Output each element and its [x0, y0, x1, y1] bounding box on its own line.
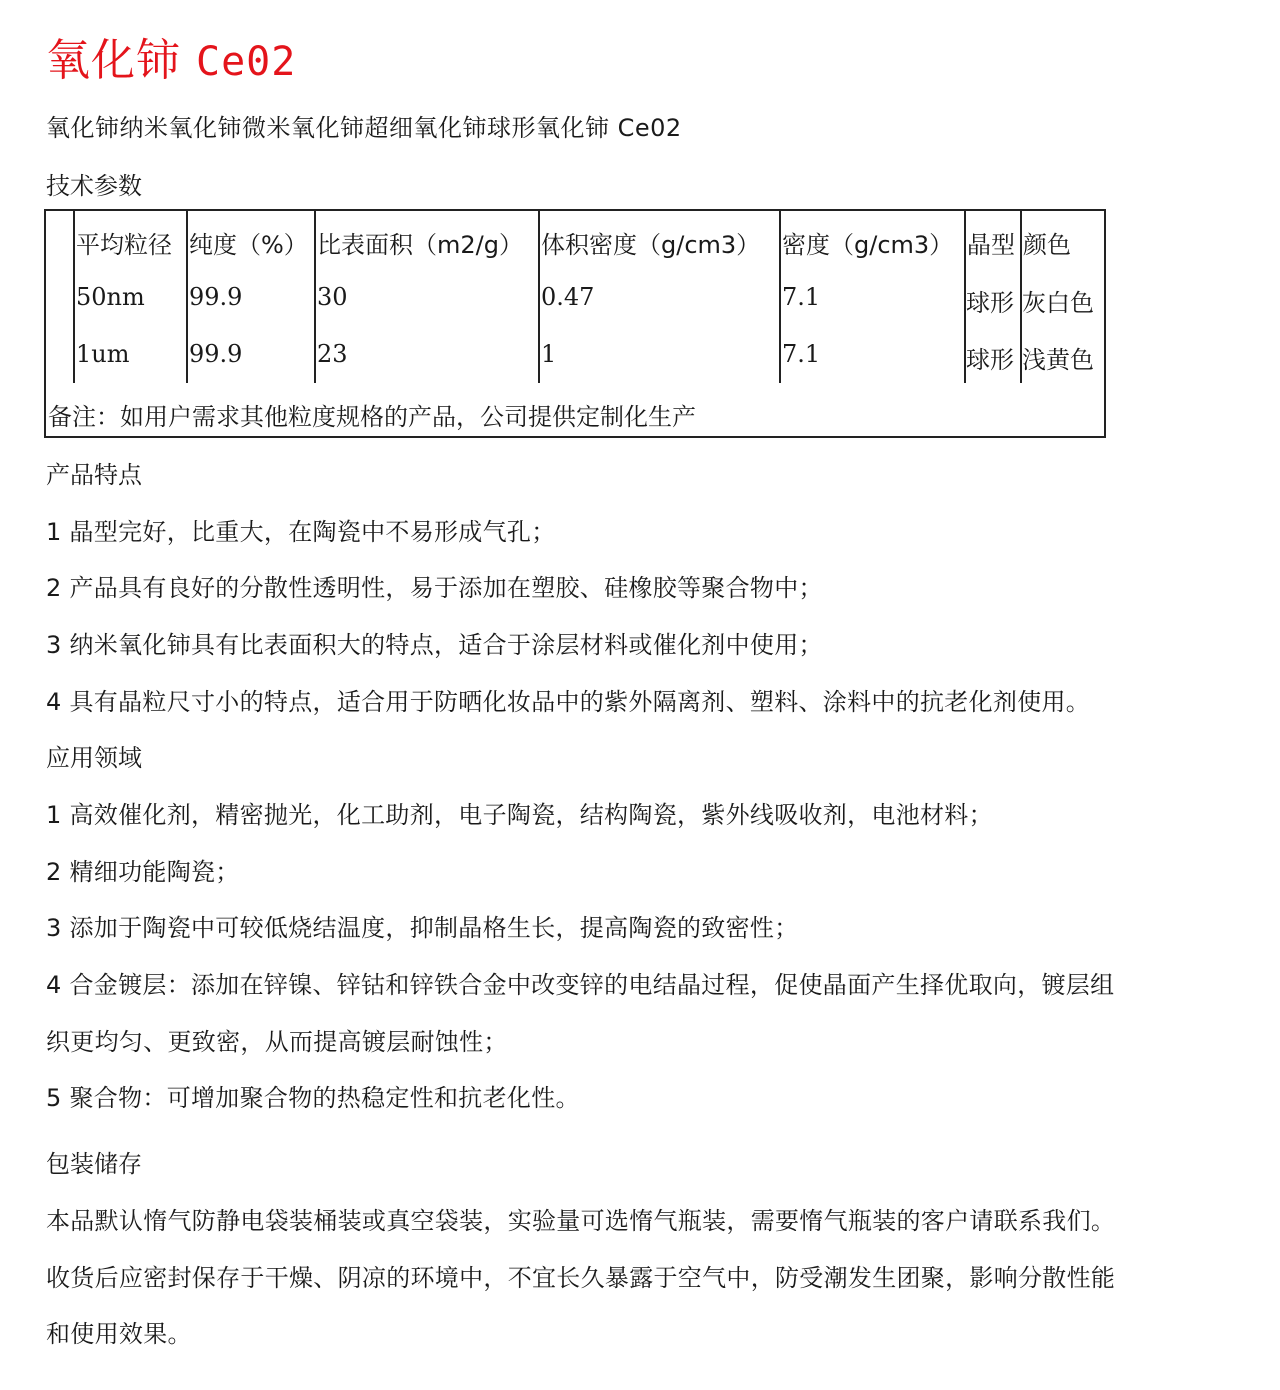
column-header: 密度（g/cm3） [782, 225, 953, 260]
table-cell: 灰白色 [1022, 283, 1094, 318]
column-header: 体积密度（g/cm3） [541, 225, 760, 260]
feature-item: 1 晶型完好，比重大，在陶瓷中不易形成气孔； [46, 512, 556, 547]
application-item: 4 合金镀层：添加在锌镍、锌钴和锌铁合金中改变锌的电结晶过程，促使晶面产生择优取… [46, 965, 1114, 1000]
table-cell: 浅黄色 [1022, 340, 1094, 375]
table-cell: 99.9 [189, 340, 242, 368]
application-item: 2 精细功能陶瓷； [46, 852, 240, 887]
table-cell: 7.1 [782, 283, 820, 311]
column-header: 平均粒径 [76, 225, 172, 260]
feature-item: 3 纳米氧化铈具有比表面积大的特点，适合于涂层材料或催化剂中使用； [46, 625, 823, 660]
table-divider [186, 211, 188, 383]
column-header: 晶型 [967, 225, 1015, 260]
title-formula: Ce02 [196, 39, 296, 85]
page-title: 氧化铈 Ce02 [46, 24, 296, 88]
feature-item: 2 产品具有良好的分散性透明性，易于添加在塑胶、硅橡胶等聚合物中； [46, 568, 823, 603]
application-item: 3 添加于陶瓷中可较低烧结温度，抑制晶格生长，提高陶瓷的致密性； [46, 908, 799, 943]
application-item: 5 聚合物：可增加聚合物的热稳定性和抗老化性。 [46, 1078, 580, 1113]
storage-line: 本品默认惰气防静电袋装桶装或真空袋装，实验量可选惰气瓶装，需要惰气瓶装的客户请联… [46, 1201, 1115, 1236]
table-cell: 30 [317, 283, 348, 311]
column-header: 纯度（%） [189, 225, 308, 260]
features-heading: 产品特点 [46, 455, 142, 490]
storage-line: 收货后应密封保存于干燥、阴凉的环境中，不宜长久暴露于空气中，防受潮发生团聚，影响… [46, 1258, 1115, 1293]
title-chinese: 氧化铈 [46, 35, 181, 86]
table-note: 备注：如用户需求其他粒度规格的产品，公司提供定制化生产 [48, 397, 696, 432]
tech-params-heading: 技术参数 [46, 166, 142, 201]
application-item: 1 高效催化剂，精密抛光，化工助剂，电子陶瓷，结构陶瓷，紫外线吸收剂，电池材料； [46, 795, 993, 830]
storage-heading: 包装储存 [46, 1144, 142, 1179]
table-cell: 球形 [966, 283, 1014, 318]
table-cell: 1 [541, 340, 556, 368]
table-divider [538, 211, 540, 383]
applications-heading: 应用领域 [46, 738, 142, 773]
column-header: 颜色 [1023, 225, 1071, 260]
table-divider [314, 211, 316, 383]
table-cell: 球形 [966, 340, 1014, 375]
table-divider [779, 211, 781, 383]
table-cell: 0.47 [541, 283, 594, 311]
storage-line: 和使用效果。 [46, 1314, 192, 1349]
product-keywords: 氧化铈纳米氧化铈微米氧化铈超细氧化铈球形氧化铈 Ce02 [46, 108, 682, 143]
table-cell: 7.1 [782, 340, 820, 368]
table-divider [73, 211, 75, 383]
table-cell: 99.9 [189, 283, 242, 311]
table-cell: 23 [317, 340, 348, 368]
table-cell: 1um [76, 340, 129, 368]
column-header: 比表面积（m2/g） [317, 225, 523, 260]
table-cell: 50nm [76, 283, 145, 311]
spec-table: 平均粒径 纯度（%） 比表面积（m2/g） 体积密度（g/cm3） 密度（g/c… [44, 209, 1106, 438]
feature-item: 4 具有晶粒尺寸小的特点，适合用于防晒化妆品中的紫外隔离剂、塑料、涂料中的抗老化… [46, 682, 1090, 717]
application-item: 织更均匀、更致密，从而提高镀层耐蚀性； [46, 1022, 508, 1057]
